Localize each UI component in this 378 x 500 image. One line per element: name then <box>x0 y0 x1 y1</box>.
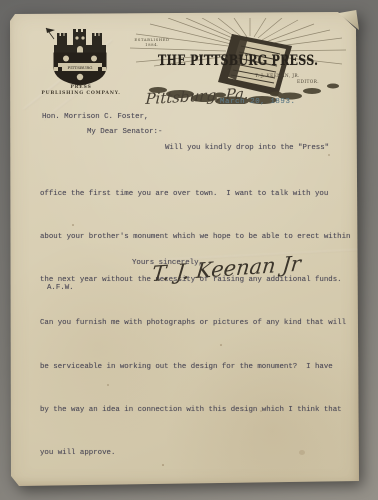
paper-speck <box>328 154 330 156</box>
salutation-line: My Dear Senator:- <box>87 128 162 136</box>
dateline-date: March 20, 1893. <box>220 98 296 106</box>
established-line2: 1884. <box>126 42 178 47</box>
typed-line: about your brother's monument which we h… <box>40 230 350 244</box>
letter-paper: PITTSBURG ESTABLISHED 1884. THE PITTSBUR… <box>10 12 360 488</box>
typed-line: you will approve. <box>40 446 350 460</box>
typed-line: by the way an idea in connection with th… <box>40 403 350 417</box>
press-publishing-crest-icon: PITTSBURG <box>40 27 120 89</box>
photo-background: { "letterhead": { "established_line1": "… <box>0 0 378 500</box>
typed-line: office the first time you are over town.… <box>40 187 350 201</box>
editor-title: EDITOR. <box>297 80 355 86</box>
typed-line: Can you furnish me with photographs or p… <box>40 316 350 330</box>
crest-banner-text: PITTSBURG <box>68 65 93 70</box>
editor-credit: T. J. KEENAN, JR. EDITOR. <box>255 74 355 86</box>
letter-body: office the first time you are over town.… <box>40 158 350 489</box>
typist-initials: A.F.W. <box>47 284 74 292</box>
typed-line: be serviceable in working out the design… <box>40 360 350 374</box>
letter-paper-wrap: PITTSBURG ESTABLISHED 1884. THE PITTSBUR… <box>10 12 360 488</box>
recipient-line: Hon. Morrison C. Foster, <box>42 113 148 121</box>
opening-line: Will you kindly drop into the "Press" <box>165 144 329 152</box>
masthead-title: THE PITTSBURG PRESS. <box>158 53 318 69</box>
established-note: ESTABLISHED 1884. <box>126 37 178 48</box>
publisher-line2: PUBLISHING COMPANY. <box>30 91 132 97</box>
publisher-name: PRESS PUBLISHING COMPANY. <box>30 85 132 98</box>
editor-name: T. J. KEENAN, JR. <box>255 74 300 79</box>
